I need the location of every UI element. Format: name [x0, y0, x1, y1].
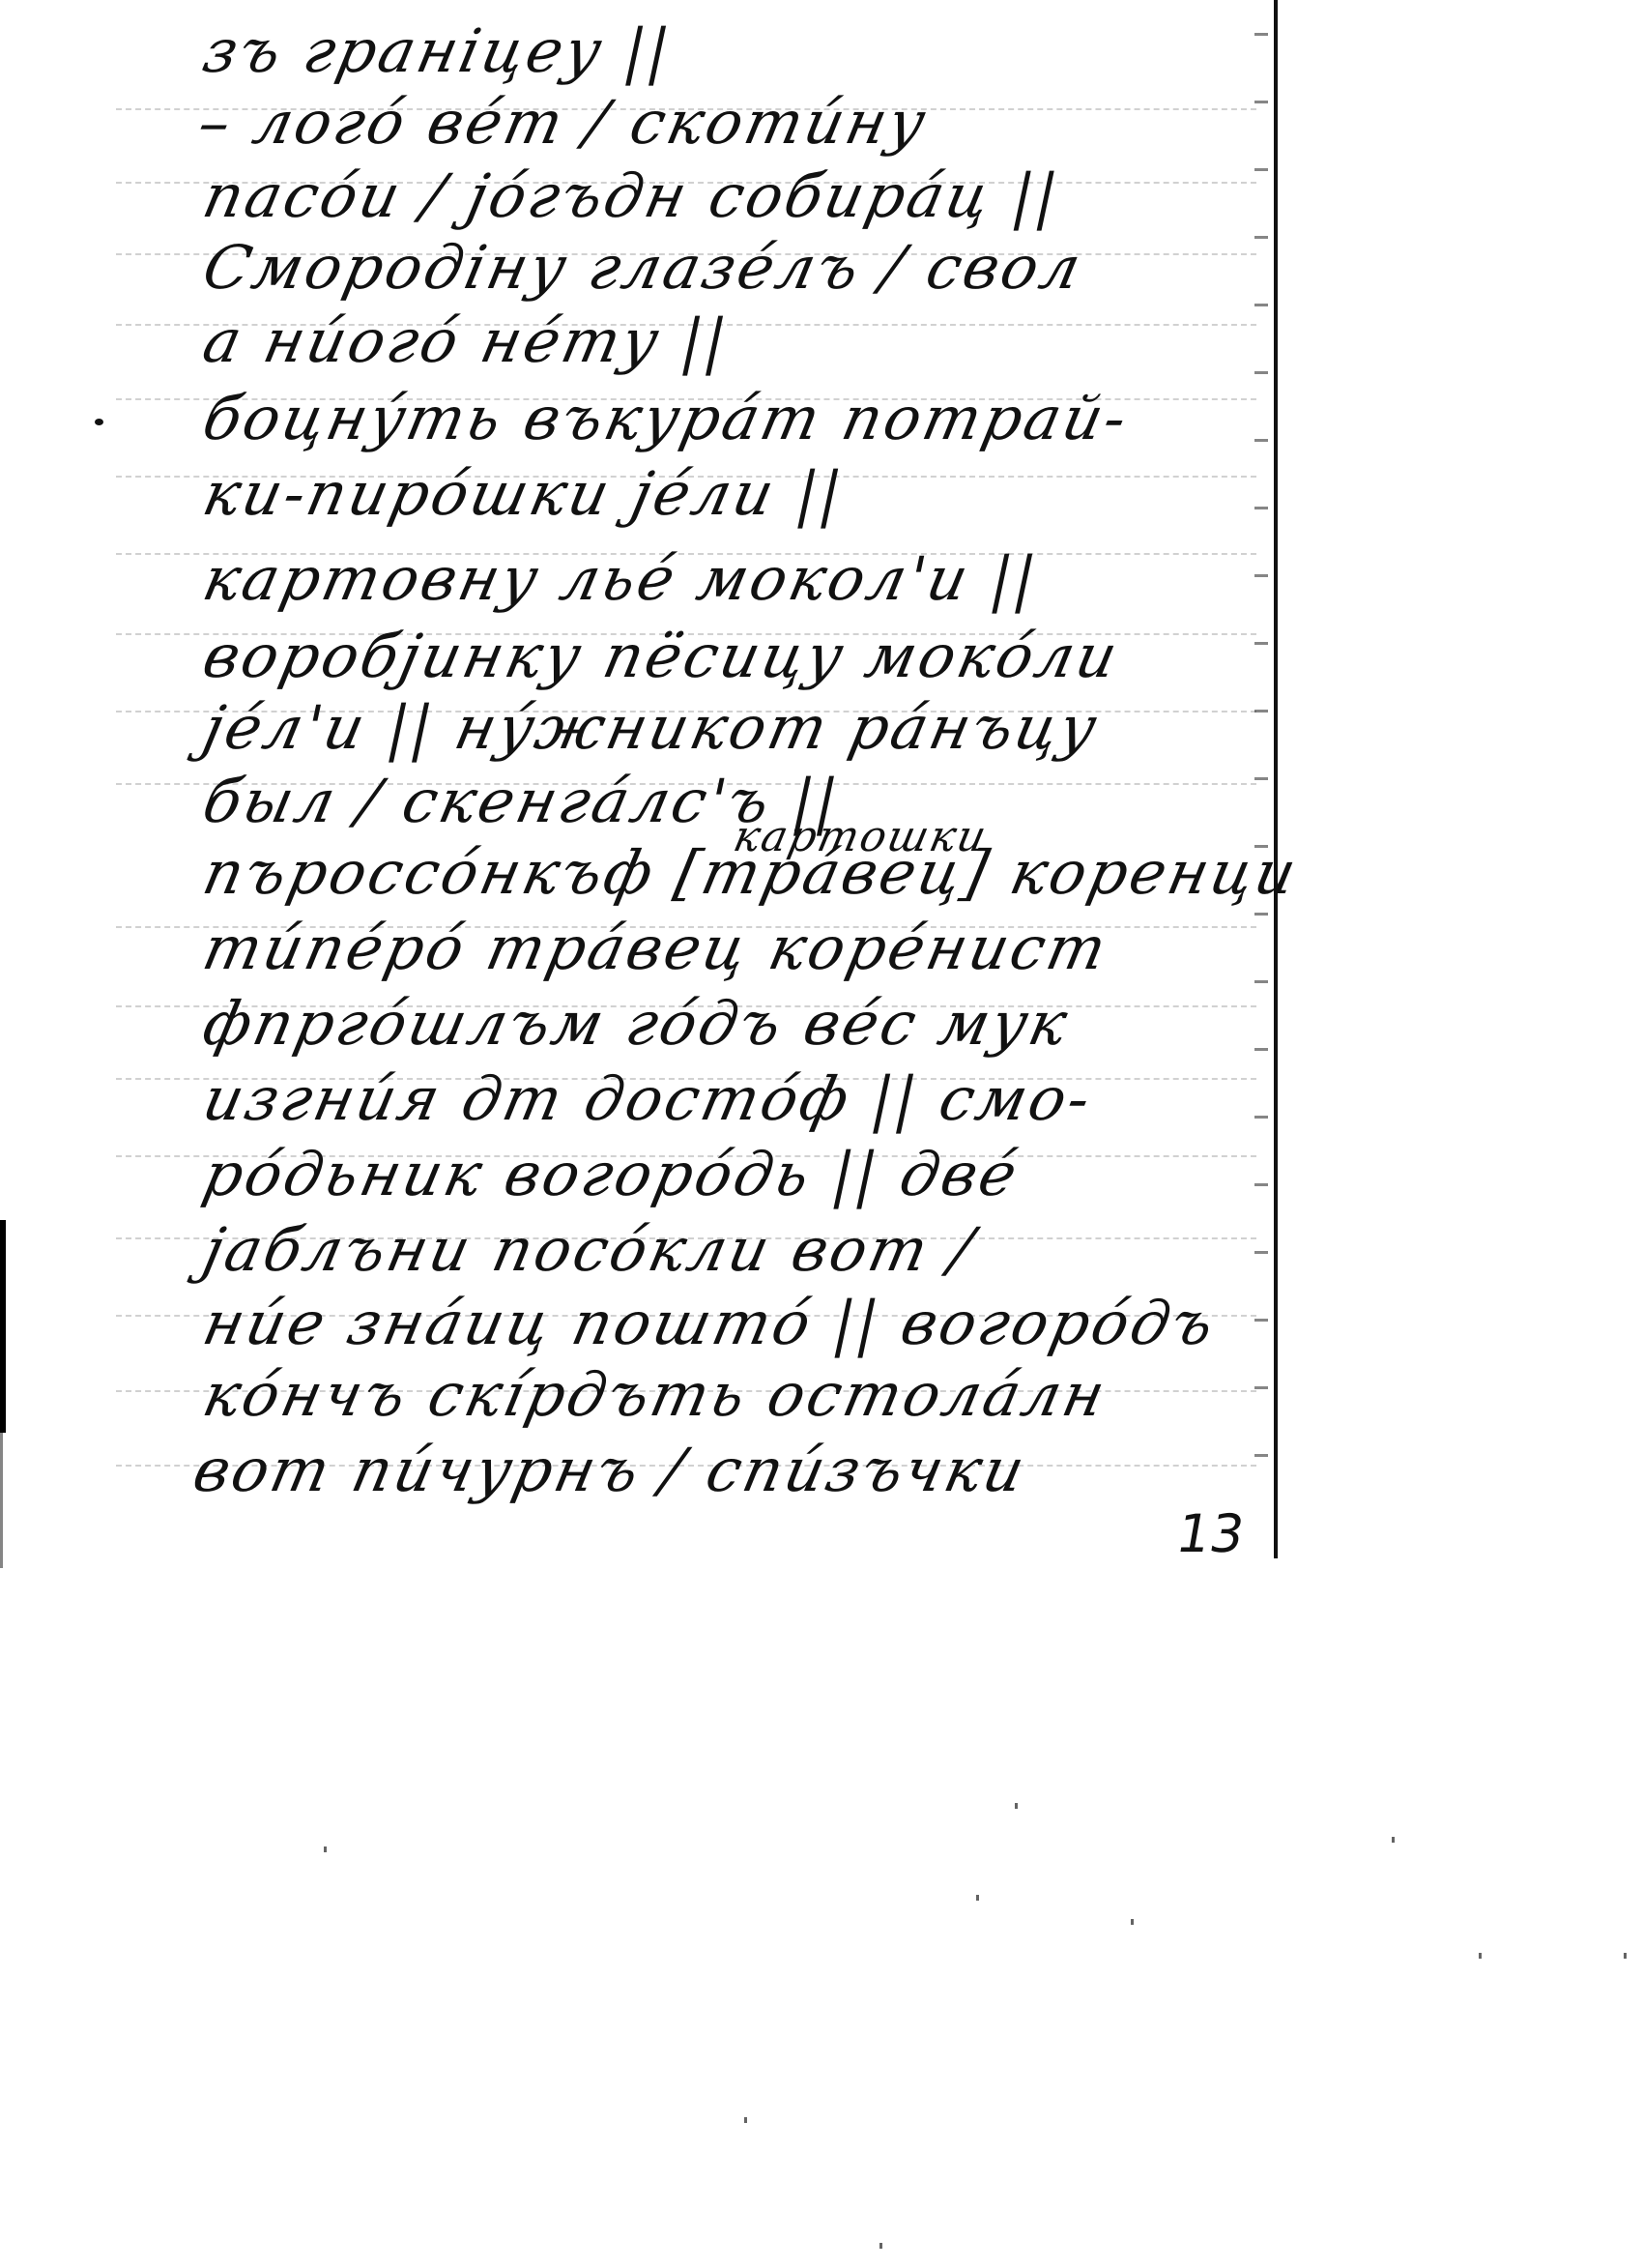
left-scan-edge-bar	[0, 1220, 6, 1433]
scan-speck	[1392, 1837, 1395, 1843]
text-line-1: зъ граніцеу ||	[198, 21, 677, 81]
text-line-20: вот пи́чурнъ / спи́зъчки	[188, 1440, 1032, 1500]
page-number: 13	[1171, 1503, 1249, 1564]
scan-speck	[1479, 1953, 1482, 1959]
text-line-5: а ни́ого́ не́ту ||	[198, 311, 735, 371]
scanned-page: зъ граніцеу || – лого́ ве́т / скоти́ну п…	[0, 0, 1643, 2268]
text-line-13: ти́пе́ро́ тра́вец коре́нист	[198, 918, 1113, 978]
scan-speck	[976, 1895, 979, 1901]
text-line-9: воробјинку пёсицу моко́ли	[198, 626, 1125, 686]
text-line-19: ко́нчъ скі́рдъть остола́лн	[198, 1365, 1112, 1425]
scan-speck	[879, 2243, 882, 2249]
scan-speck	[1015, 1803, 1018, 1809]
scan-speck	[95, 419, 103, 425]
text-line-18: ни́е зна́иц пошто́ || вогоро́дъ	[198, 1294, 1222, 1353]
text-line-14: фпрго́шлъм го́дъ ве́с мук	[198, 994, 1075, 1054]
scan-speck	[324, 1846, 327, 1852]
text-line-12: пъроссо́нкъф [тра́вец] коренци	[198, 843, 1304, 903]
scan-speck	[1131, 1919, 1134, 1925]
left-scan-edge-shadow	[0, 1433, 3, 1568]
text-line-2: – лого́ ве́т / скоти́ну	[193, 93, 934, 153]
text-line-4: Смородіну глазе́лъ / свол	[198, 238, 1088, 298]
text-line-8: картовну лье́ мокол'и ||	[198, 549, 1044, 609]
margin-tick-marks	[1254, 0, 1268, 1508]
scan-speck	[1624, 1953, 1627, 1959]
text-line-16: ро́дьник вогоро́дь || две́	[198, 1145, 1024, 1205]
text-line-6: боцну́ть въкура́т потрай-	[198, 389, 1135, 449]
right-margin-rule	[1274, 0, 1278, 1558]
text-line-17: јаблъни посо́кли вот /	[198, 1220, 981, 1280]
text-line-10: је́л'и || ну́жникот ра́нъцу	[198, 698, 1105, 758]
text-line-15: изгни́я дт досто́ф || смо-	[198, 1069, 1098, 1129]
text-line-7: ки-пиро́шки је́ли ||	[198, 464, 850, 524]
text-line-3: пасо́и / јо́гъдн собира́ц ||	[198, 166, 1066, 226]
scan-speck	[744, 2117, 747, 2123]
